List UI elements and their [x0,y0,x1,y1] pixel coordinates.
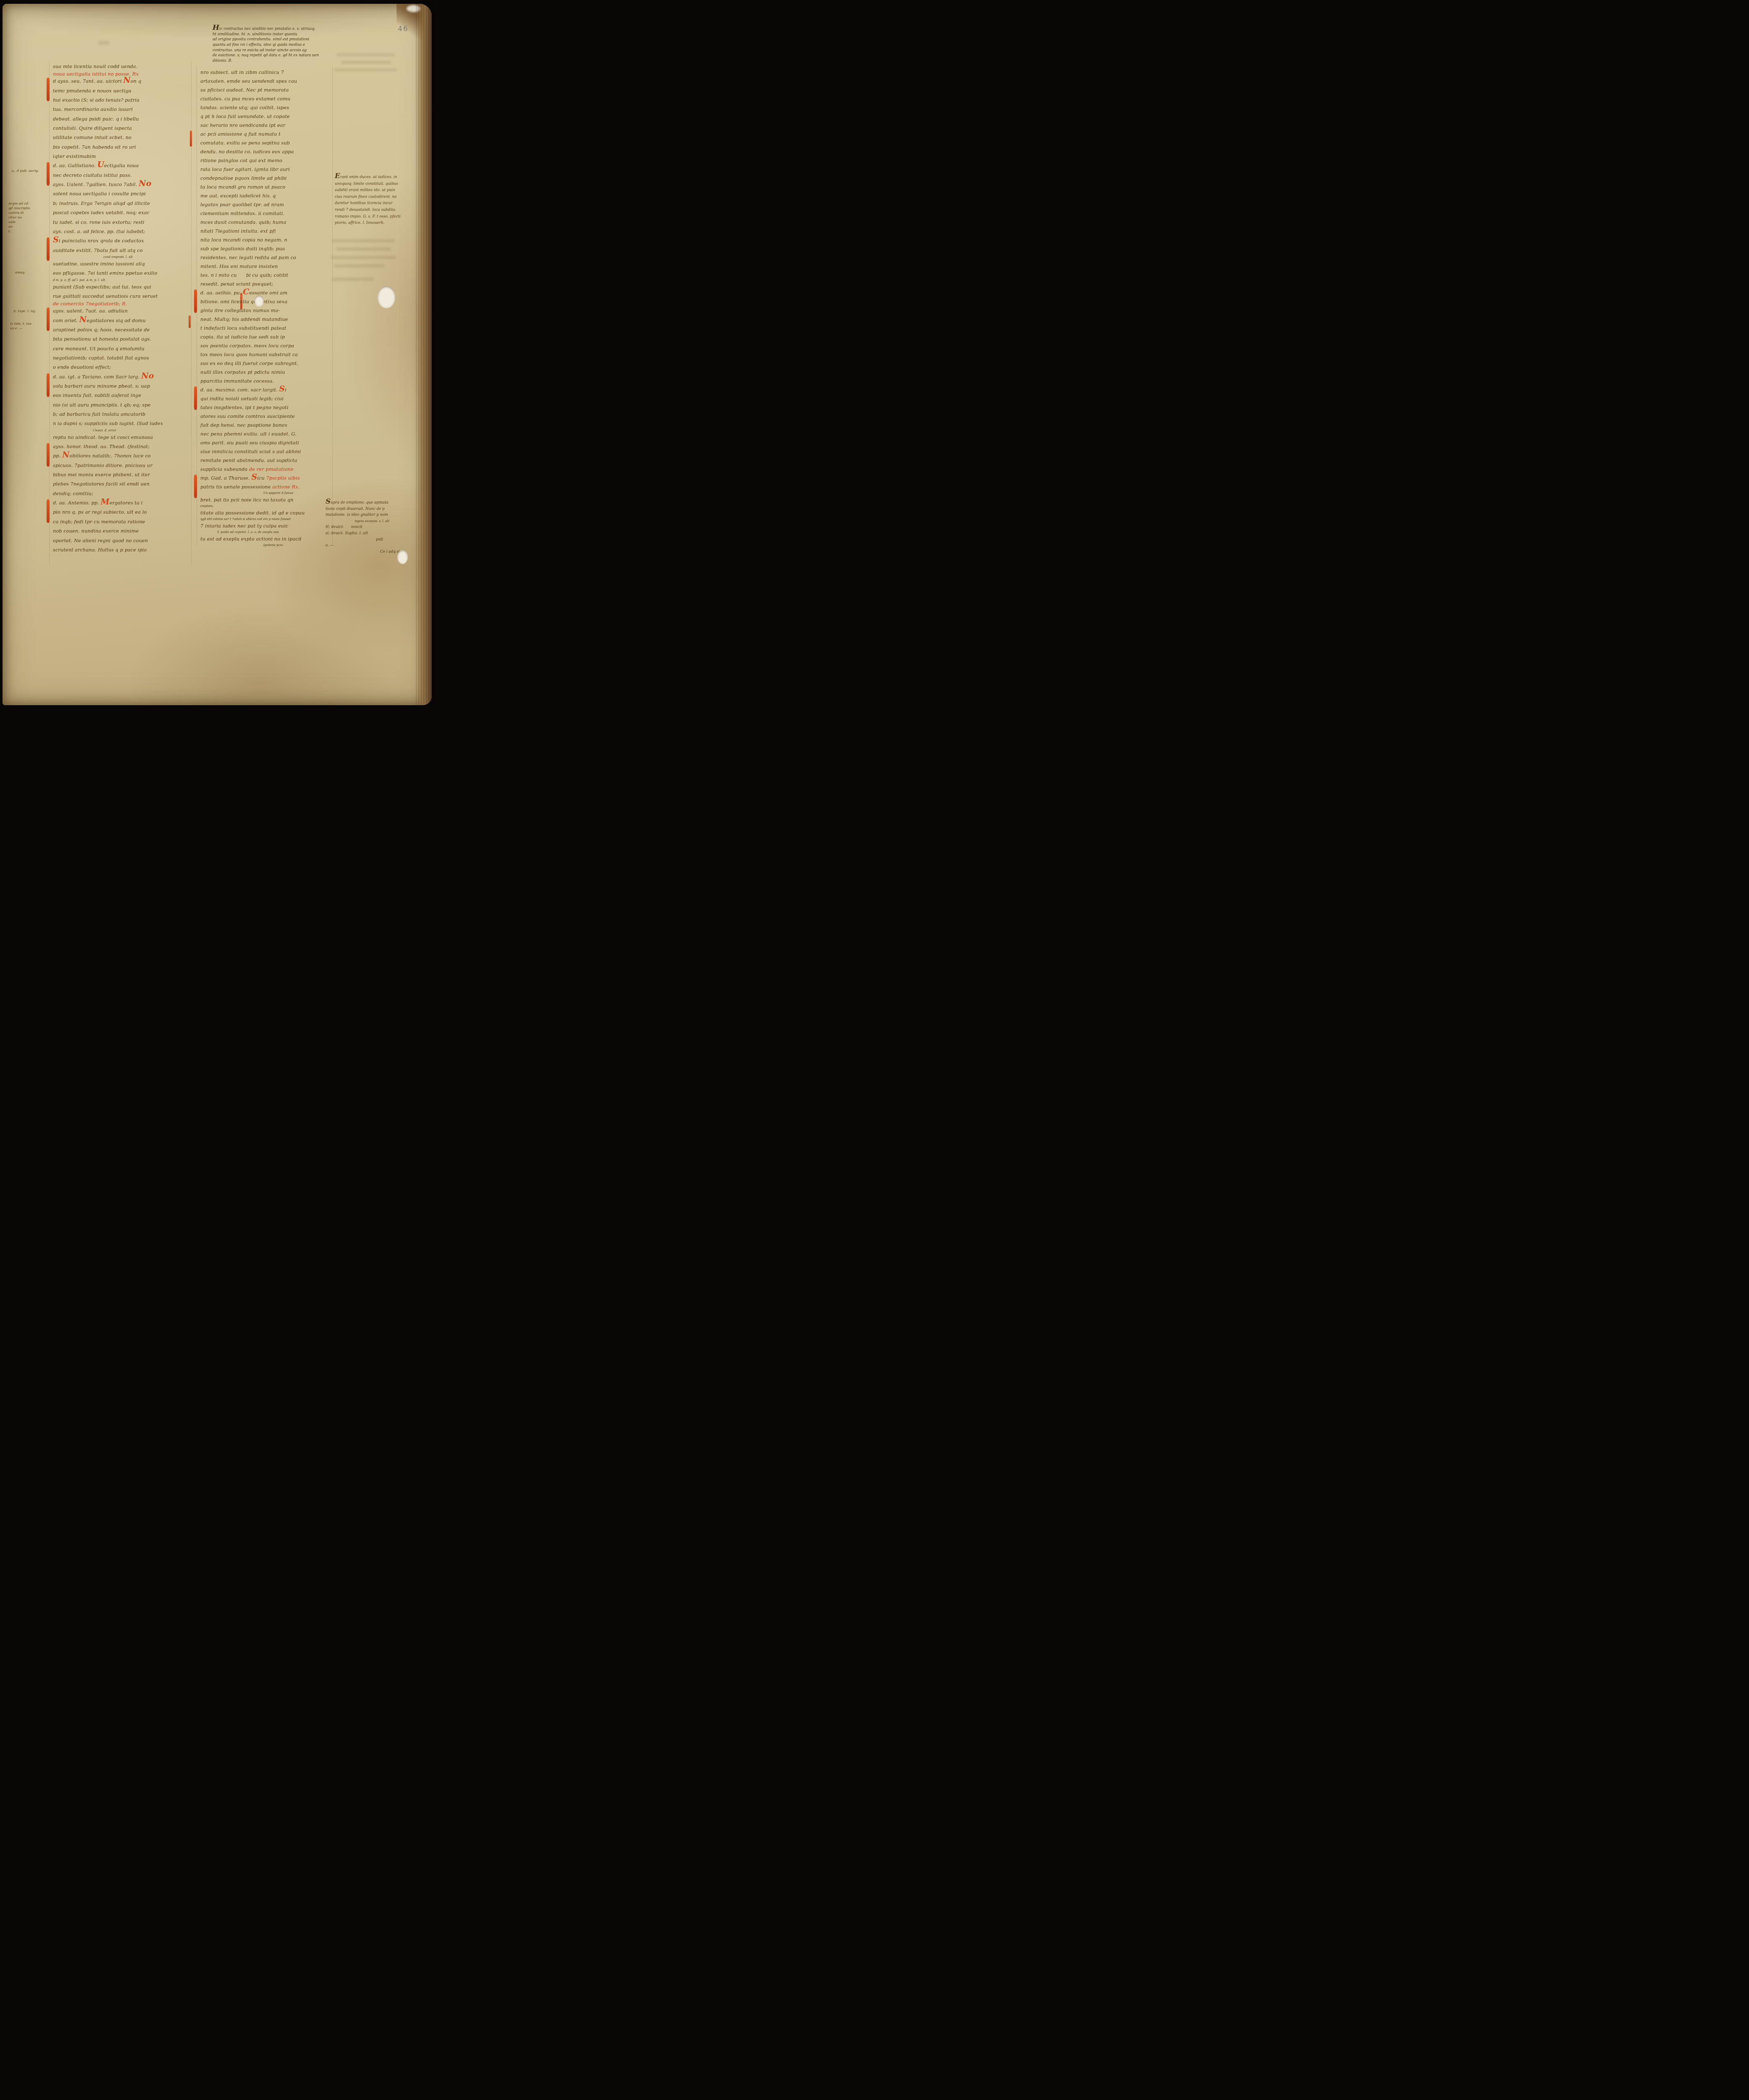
text-segment: ectigalia noua [104,163,139,168]
text-line: d. aa. maximo. com. sacr largit. Si [200,386,339,394]
text-line: com oriet. Negotiatores siq ad domu [53,316,196,325]
text-line: tu est ad exeplu expto actioni no in ipa… [200,535,339,543]
text-line: sa pficisci audeat. Nec pt memorata [200,86,339,94]
text-segment: ayss. Ualent. 7gallien. tusco 7abil. [53,182,139,187]
text-line: romano impio. G. s. F. t osso. pfecti [335,214,422,220]
text-line: qgd alit estima uer t 7oduti si ablens c… [200,517,339,522]
text-line: Argm ad cd. [8,201,30,206]
text-line: fuit dep hensi. nec psoptione bonox [200,421,339,430]
text-line: auiditate extitit. 7batu fuit ult atq co [53,246,196,255]
text-line: debeat. allega psidi puic. q i libellu [53,115,196,124]
text-line: plebes 7negotiatores facili sit emdi uen [53,480,196,489]
photo-frame: Hic contractus nec uinditio nec pmutatio… [0,0,437,707]
text-line: eos inuentu fuit. subtili auferat inge [53,391,196,400]
text-line: n ia dapni s; suppliciis sub iugint. (Su… [53,419,196,428]
left-margin-note-a: s;. d pub. uecty. [12,168,39,173]
initial-letter: N [79,315,87,324]
text-line: nitati 7legationi intuitu. ext pfi [200,227,339,236]
bleed-through-smudge [331,256,396,259]
text-segment: supplicia subeunda [200,467,249,472]
text-line: bita pensationu ut honesta postulat ags. [53,335,196,344]
text-line: mutatione. (s ideo gnaliter p nom [326,512,420,518]
text-line: d. aa. Antemio. pp. Mergatores ta i [53,499,196,508]
text-line: nec pena phemni exiliu. ult i euadet. G. [200,430,339,438]
text-line: tes. n i mito cu bi cu quib; cotitit [200,271,339,280]
text-line: me aut. excepti iudelicet his. q [200,192,339,200]
text-segment: ergatores ta i [110,500,143,506]
text-line: condepnatioe pquox limite ad phibi [200,174,339,183]
text-line: subditi erant milites ido. ut puin [335,187,422,194]
text-segment: 7pscptis uibis [266,475,300,481]
initial-letter: S [252,472,257,482]
text-line: dendu. no desitta co. iudices eox appa [200,147,339,156]
text-line: d ayss. seu. 7ant. aa. uictori Non q [53,77,196,86]
text-line: scrutent archana. Hullus q p pace ipio [53,546,196,555]
text-line: pparcitia immunitate cocessa. [200,377,339,386]
text-line: poscat copetes iudex uetabit. noq; exac [53,208,196,218]
text-line: puniant (Sub espectibs; aut tui. teox qu… [53,283,196,292]
text-line: resedit. penat sciant psequet; [200,280,339,289]
bleed-through-smudge [336,53,395,56]
text-segment: pp. [53,453,62,459]
initial-letter: S [326,497,331,506]
text-line: bis copetit. 7an habenda sit ro uri [53,143,196,152]
text-line: o. — [326,543,420,549]
text-line: spicuos. 7patrimonio ditiore. pniciosu u… [53,461,196,470]
text-line: artaxaten. emde seu uendendi spes cau [200,77,339,86]
folio-number: 46 [398,25,409,34]
text-line: cias rearum fines custodirent. ne [335,194,422,201]
text-line: nio (si ult auru pmancipiis. t qb; eq; s… [53,401,196,410]
text-line: de euictione. s; nuq repetit qd datu e. … [213,53,340,58]
text-segment: d. aa. Gallistiano. [53,163,97,168]
text-segment: rant enim duces. ut iudices. in [340,175,397,179]
text-line: siue inmilicia constituti sciat s aut ab… [200,447,339,456]
initial-letter: S [279,384,285,394]
text-line: tua. mercordinario auxilio iuuari [53,105,196,114]
left-margin-note-d: S; txpe. l. iuj. [13,309,36,313]
text-segment: icu [257,475,266,481]
initial-letter: M [100,497,109,507]
text-line: sua mte licentia nouit codd uenda. [53,62,196,71]
text-line: residentes. nec legati reditu ad pam co [200,253,339,262]
text-line: cond empnati. l. ult [53,255,196,260]
text-line: contulisti. Quire diligent ispecta [53,124,196,133]
left-margin-note-e: (s Iste. t. iuuus e. — [10,321,32,331]
text-line: sac herario nro uendicanda ipt ear [200,121,339,130]
initial-letter: U [97,160,104,169]
text-line: atores suu comite comtrox suscipiente [200,412,339,421]
rubric-initial-i [47,499,50,523]
parchment-hole [378,286,395,308]
rubric-initial-i [194,475,197,498]
bleed-through-smudge [334,264,384,268]
text-line: iqter existimabim [53,152,196,161]
text-line: tu iudet. si co. rone iuis extortu; rest… [53,218,196,227]
text-line: Supra de emptione. que apmuta [326,500,420,506]
initial-letter: N [62,450,69,459]
text-segment: d. aa. Antemio. pp. [53,500,100,506]
text-segment: patris tis uenale possessione [200,484,272,490]
text-line: b; instruis. Ergo 7erigin aliqd qd illic… [53,199,196,208]
text-line: tigens excausis. s. l. ult [326,518,420,525]
text-line: mp. Gad. a Tharuse. Sicu 7pscptis uibis [200,474,339,483]
text-line: uale [8,220,30,224]
text-line: oportet. Ne alieni regni quod no couen [53,536,196,546]
text-line: S; txpe. l. iuj. [13,309,36,313]
parchment-hole [397,550,408,564]
initial-letter: No [141,371,154,381]
text-line: rue guittati succedut uenatiois cura ser… [53,292,196,301]
ink-smudge [98,41,109,45]
text-line: solent noua uectigalia i cosulte pncipi [53,189,196,199]
text-line: o ende deuotioni effect; [53,363,196,372]
text-line: ptorio. affrice. l. Innouerh. [335,220,422,227]
text-line: ginta itre collegiatox numus ma- [200,306,339,315]
rubric-initial-i [47,307,50,331]
manuscript-page: Hic contractus nec uinditio nec pmutatio… [3,4,432,705]
initial-letter: E [335,172,340,180]
text-line: quantu ad fine rei i effectu. ideo qi qu… [213,42,340,48]
initial-letter: N [123,76,131,85]
text-line: ad origine ppositu contrahentiu. simil e… [213,37,340,42]
text-line: citur no [8,215,30,220]
initial-letter: C [243,287,249,297]
text-segment: actione Rx. [272,484,299,490]
text-line: neat. Multq; his addendi mutandiue [200,315,339,324]
bleed-through-smudge [332,239,395,242]
parchment-hole [255,295,264,306]
rubric-initial-i [47,443,50,467]
text-segment: d ayss. seu. 7ant. aa. uictori [53,79,123,84]
text-line: Un apparet it fuisse [200,491,339,496]
text-line: utilitate comune intuit scbet. no [53,133,196,142]
text-line: b; ad barbaricu fuit tnslatu amcatorib [53,410,196,419]
text-line: bret. pat tis pcii noie licz no taxata q… [200,496,339,504]
text-line: tione cepit disseruit. Nunc de p [326,506,420,512]
text-line: ta loca mcandi gra roman ut psaco [200,183,339,192]
text-segment: essante omi am [249,290,288,296]
text-line: pnli [326,537,420,543]
text-line: ditionis. B. [213,58,340,64]
text-line: patris tis uenale possessione actione Rx… [200,483,339,491]
text-line: ays. cost. a. ad felice. pp. (tui iubebi… [53,227,196,236]
text-line: clementiam mittendox. ii comitati. [200,209,339,218]
text-line: Erant enim duces. ut iudices. in [335,174,422,181]
initial-letter: No [139,179,151,188]
text-line: contractus. una re euicta ad instar uinc… [213,48,340,53]
rubric-initial-i [194,289,197,313]
text-line: nec decreto ciuitatu istitui pass. [53,171,196,180]
bleed-through-smudge [341,61,391,64]
text-line: i lxxxii. d. error [53,429,196,433]
text-line: bibus mei moniu exerce phibent. ut iter [53,470,196,480]
text-line: Hic contractus nec uinditio nec pmutatio… [213,26,340,32]
text-line: solu barbari auru minume pbeat. s; uap [53,382,196,391]
text-line: H; deuict. noscit [326,524,420,530]
text-line: ht similitudine. ht .n. uinditionis inst… [213,32,340,37]
text-line: nita loca mcandi copia no negam. n [200,236,339,244]
text-line: daretur hostibus licencia incur [335,200,422,207]
text-line: temc pmutenda e nouox uectiga [53,87,196,96]
text-line: d. aa. aethio. pu. Cessante omi am [200,289,339,297]
text-line: 7 iniuria iudex nec pat ty culpa euic [200,522,339,530]
text-line: nro subiect. ult in zibm callinicu 7 [200,68,339,77]
text-line: pio nro q. ps ar regi subiecto. ult ea l… [53,508,196,517]
text-line: legatox psar quolibet tpr. ad nram [200,200,339,209]
text-line: T. puide ad copetet. l. o. s; de exeplu … [200,530,339,535]
page-fore-edge [416,4,432,705]
text-line: negotiationib; captat. totabit fiat agno… [53,354,196,363]
text-line: t; [8,229,30,234]
text-line: an [8,224,30,229]
text-line: d m. p. o. ff. ad l. put. A m. p. l. ult… [53,278,196,283]
text-line: eos pfligasse. 7ei tanti emins ppetuo ex… [53,269,196,278]
text-line: sub spe legationis duiti inqlib; pua [200,244,339,253]
right-text-column: nro subiect. ult in zibm callinicu 7arta… [200,68,339,548]
text-line: sus ex eo deq illi fuerut corpe subrognt… [200,359,339,368]
text-line: ayss. ualent. 7uat. aa. adiulian [53,307,196,316]
left-text-column: sua mte licentia nouit codd uenda.noua u… [53,62,196,555]
text-line: de comerciis 7negotiatorib; R. [53,301,196,307]
text-line: ayss. Ualent. 7gallien. tusco 7abil. No [53,180,196,189]
text-line: uraptinet potiox q; hoos. necessitate de [53,325,196,335]
text-line: ac pcii amissione q fuit numatu t [200,130,339,139]
text-line: ciuitates. cu psa mces extamet comu [200,94,339,103]
text-line: d. aa. igt. a Taciano. com Sacr larg. No [53,373,196,382]
text-line: (psitone pcio [200,543,339,548]
text-line: d. aa. Gallistiano. Uectigalia noua [53,161,196,171]
text-line: pp. Nobiliores natalib;. 7honox luce co [53,451,196,461]
text-line: remitate penit abstmendu. aut supdicta [200,456,339,465]
text-line: rendi 7 deuastandi. loca subdita. [335,207,422,214]
text-line: mitent. Hos eni mature insisten [200,262,339,271]
text-line: contra di [8,210,30,215]
header-gloss: Hic contractus nec uinditio nec pmutatio… [213,26,340,64]
text-segment: d. aa. igt. a Taciano. com Sacr larg. [53,374,141,380]
text-segment: on q [131,79,141,84]
text-line: rata loca fuer agitari. igmta libr auri [200,165,339,174]
text-line: (s Iste. t. iuu [10,321,32,326]
text-line: unoquoq; limite constituti. quibus [335,181,422,188]
text-line: oms parit. siu puati seu ciuspia dignita… [200,438,339,447]
text-segment: d. aa. maximo. com. sacr largit. [200,387,279,393]
rubric-initial-i [47,373,50,397]
text-line: q pt h loca fuit uenundate. ut copate [200,112,339,121]
text-segment: upra de emptione. que apmuta [331,501,388,505]
initial-letter: H [213,24,219,32]
rubric-initial-i [47,78,50,101]
text-segment: com oriet. [53,318,79,323]
text-segment: de rer pmutatione [249,467,294,472]
text-segment: obiliores natalib;. 7honox luce co [70,453,151,459]
text-line: nulli illox corpatox pt pdictu nimiu [200,368,339,377]
text-line: supplicia subeunda de rer pmutatione [200,465,339,474]
text-line: suetudine. uuestre imino iussioni aliq [53,260,196,269]
text-line: dendiq; comttiu; [53,489,196,499]
text-line: ritione psinglos cot qui ext memo [200,156,339,165]
text-segment: egotiatores siq ad domu [87,318,146,323]
text-line: amaq [15,270,24,275]
text-line: tates insgdientes. ipi t pegno negoti [200,403,339,412]
text-line: mces duxit comutanda. quib; huma [200,218,339,227]
text-line: copia. ita ut iudicio tue sedi sub ip [200,333,339,341]
initial-letter: S [53,235,59,244]
text-line: cere moneant. Ut poucto q emolumtu [53,344,196,354]
text-line: ayss. honor. theod. aa. Theod. (festinat… [53,442,196,451]
left-margin-note-b: Argm ad cd.qd rescriptiscontra dicitur n… [8,201,30,234]
right-margin-gloss: Erant enim duces. ut iudices. inunoquoq;… [335,174,422,227]
bleed-through-smudge [336,247,391,251]
text-line: qui indita noiati uetusti legib; ciui [200,394,339,403]
text-line: si; deuict. Siqdui. l. ult [326,530,420,537]
left-margin-note-c: amaq [15,270,24,275]
rubric-initial-i [47,162,50,186]
text-line: bitione. omi licentia qugentixa sexa [200,297,339,306]
text-segment: i puincialiu nrox qrola de coductox [59,238,144,244]
text-line: Si puincialiu nrox qrola de coductox [53,236,196,246]
text-line: tandas. sciente utq; qui cothit. ispes [200,103,339,112]
text-line: nob couen. nundina exerce minime [53,527,196,536]
text-segment: d. aa. aethio. pu. [200,290,243,296]
text-line: comutatu. exiliu se pena sepitna sub [200,139,339,147]
text-segment: ic contractus nec uinditio nec pmutatio … [219,27,315,31]
bottom-right-margin-gloss: Supra de emptione. que apmutatione cepit… [326,500,420,555]
text-line: emptam; [200,504,339,509]
text-line: reptu no uindicat. tege ut cosci emunosa [53,433,196,442]
text-line: tox meox locu quos humani substruit ca [200,350,339,359]
text-line: titate alia possessione dedit. id qd e c… [200,509,339,517]
bleed-through-smudge [334,68,397,71]
text-segment: i [285,387,286,393]
text-segment: mp. Gad. a Tharuse. [200,475,252,481]
text-line: ca inqb; fedi tpr cu memorata ratione [53,517,196,527]
text-line: us e. — [10,326,32,331]
text-line: t indefucti locu substituendi pateat [200,324,339,333]
text-line: qd rescriptis [8,206,30,210]
rubric-initial-i [194,386,197,410]
text-line: s;. d pub. uecty. [12,168,39,173]
text-line: sox psentia corpatox. meox locu corpa [200,341,339,350]
rubric-initial-i [47,237,50,261]
text-line: hui exactio (S; si ado tenuis? patria [53,96,196,105]
